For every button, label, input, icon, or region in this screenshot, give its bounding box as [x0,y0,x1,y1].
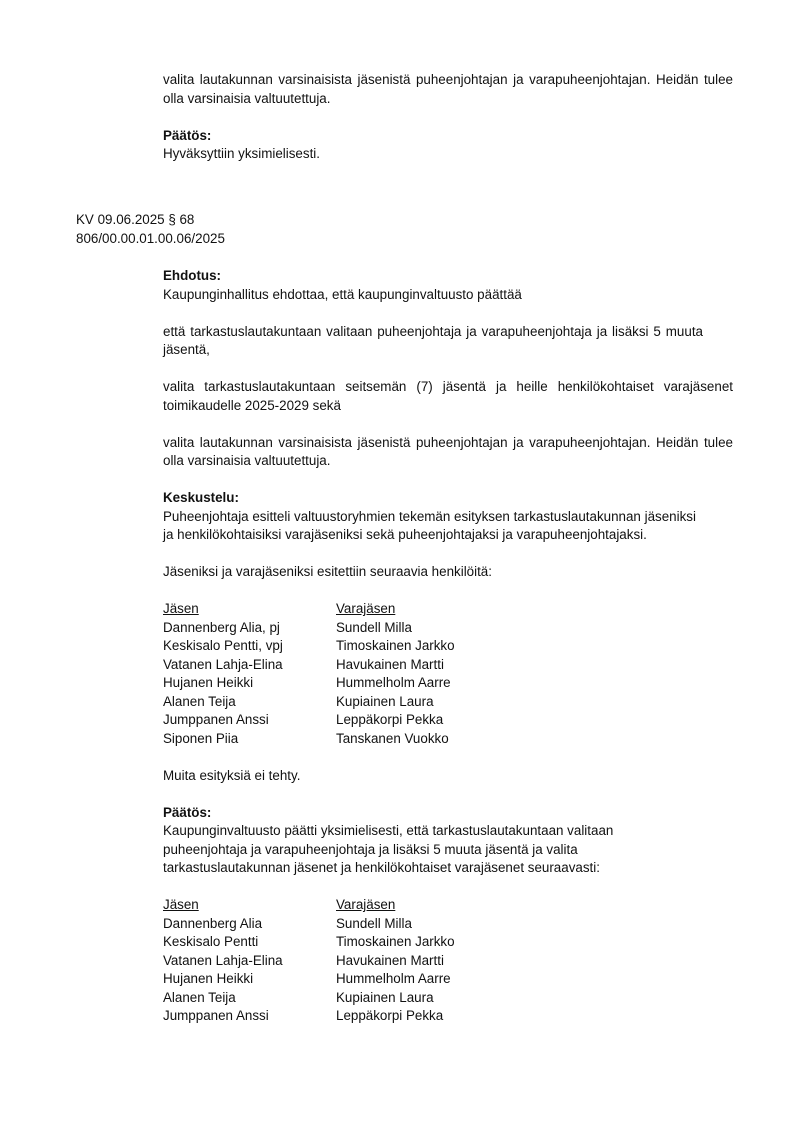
proposed-members-table: Jäsen Varajäsen Dannenberg Alia, pjSunde… [163,600,455,748]
discussion-closing: Muita esityksiä ei tehty. [163,767,733,786]
document-page: valita lautakunnan varsinaisista jäsenis… [0,0,794,1122]
column-header-deputy: Varajäsen [336,600,455,619]
deputy-name: Hummelholm Aarre [336,674,455,693]
table-row: Vatanen Lahja-ElinaHavukainen Martti [163,952,455,971]
table-row: Siponen PiiaTanskanen Vuokko [163,730,455,749]
table-row: Hujanen HeikkiHummelholm Aarre [163,674,455,693]
member-name: Dannenberg Alia, pj [163,619,336,638]
member-name: Alanen Teija [163,693,336,712]
table-row: Vatanen Lahja-ElinaHavukainen Martti [163,656,455,675]
column-header-deputy: Varajäsen [336,896,455,915]
member-name: Vatanen Lahja-Elina [163,952,336,971]
member-name: Jumppanen Anssi [163,711,336,730]
table-row: Keskisalo PenttiTimoskainen Jarkko [163,933,455,952]
top-paragraph: valita lautakunnan varsinaisista jäsenis… [163,71,733,108]
table-header-row: Jäsen Varajäsen [163,600,455,619]
proposal-paragraph: valita tarkastuslautakuntaan seitsemän (… [163,378,733,415]
proposal-paragraph: valita lautakunnan varsinaisista jäsenis… [163,434,733,471]
record-number: 806/00.00.01.00.06/2025 [76,230,225,249]
table-row: Hujanen HeikkiHummelholm Aarre [163,970,455,989]
proposal-intro: Kaupunginhallitus ehdottaa, että kaupung… [163,286,733,305]
table-row: Alanen TeijaKupiainen Laura [163,693,455,712]
member-name: Vatanen Lahja-Elina [163,656,336,675]
proposal-section: Ehdotus: Kaupunginhallitus ehdottaa, ett… [163,267,733,1026]
top-decision-heading: Päätös: [163,127,733,146]
deputy-name: Leppäkorpi Pekka [336,1007,455,1026]
table-row: Dannenberg AliaSundell Milla [163,915,455,934]
member-name: Dannenberg Alia [163,915,336,934]
deputy-name: Tanskanen Vuokko [336,730,455,749]
column-header-member: Jäsen [163,600,336,619]
table-row: Dannenberg Alia, pjSundell Milla [163,619,455,638]
proposal-paragraph: että tarkastuslautakuntaan valitaan puhe… [163,323,703,360]
column-header-member: Jäsen [163,896,336,915]
table-header-row: Jäsen Varajäsen [163,896,455,915]
deputy-name: Sundell Milla [336,915,455,934]
deputy-name: Kupiainen Laura [336,693,455,712]
deputy-name: Leppäkorpi Pekka [336,711,455,730]
deputy-name: Havukainen Martti [336,656,455,675]
table-row: Keskisalo Pentti, vpjTimoskainen Jarkko [163,637,455,656]
table-row: Alanen TeijaKupiainen Laura [163,989,455,1008]
deputy-name: Hummelholm Aarre [336,970,455,989]
member-name: Keskisalo Pentti [163,933,336,952]
member-name: Alanen Teija [163,989,336,1008]
deputy-name: Timoskainen Jarkko [336,637,455,656]
item-reference-block: KV 09.06.2025 § 68 806/00.00.01.00.06/20… [76,211,225,248]
deputy-name: Sundell Milla [336,619,455,638]
proposal-heading: Ehdotus: [163,267,733,286]
member-name: Keskisalo Pentti, vpj [163,637,336,656]
table-row: Jumppanen AnssiLeppäkorpi Pekka [163,1007,455,1026]
table-row: Jumppanen AnssiLeppäkorpi Pekka [163,711,455,730]
deputy-name: Havukainen Martti [336,952,455,971]
discussion-text: Puheenjohtaja esitteli valtuustoryhmien … [163,508,698,545]
top-decision-text: Hyväksyttiin yksimielisesti. [163,145,733,164]
member-name: Siponen Piia [163,730,336,749]
decision-heading: Päätös: [163,804,733,823]
deputy-name: Kupiainen Laura [336,989,455,1008]
elected-members-table: Jäsen Varajäsen Dannenberg AliaSundell M… [163,896,455,1026]
decision-text: Kaupunginvaltuusto päätti yksimielisesti… [163,822,668,878]
member-name: Jumppanen Anssi [163,1007,336,1026]
item-reference: KV 09.06.2025 § 68 [76,211,225,230]
deputy-name: Timoskainen Jarkko [336,933,455,952]
member-name: Hujanen Heikki [163,674,336,693]
member-name: Hujanen Heikki [163,970,336,989]
top-section: valita lautakunnan varsinaisista jäsenis… [163,71,733,164]
discussion-list-intro: Jäseniksi ja varajäseniksi esitettiin se… [163,563,733,582]
discussion-heading: Keskustelu: [163,489,733,508]
